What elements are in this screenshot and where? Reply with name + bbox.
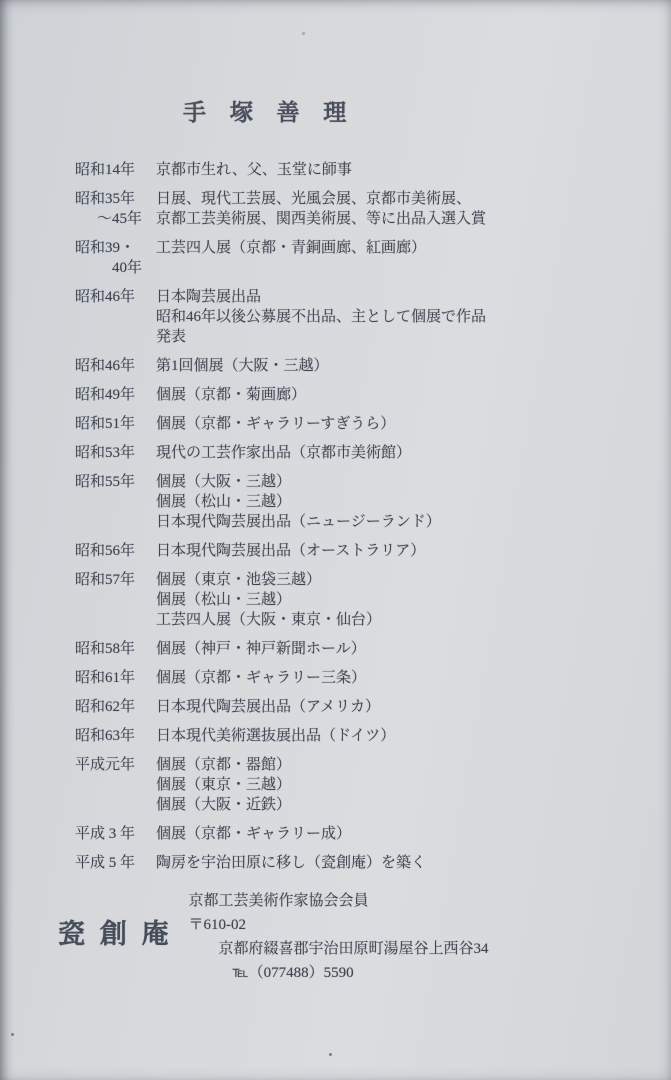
chronology-entry: 昭和62年 日本現代陶芸展出品（アメリカ） — [75, 697, 671, 717]
chronology-entry: 昭和51年 個展（京都・ギャラリーすぎうら） — [75, 414, 671, 434]
entry-description-line: 昭和46年以後公募展不出品、主として個展で作品 — [156, 307, 486, 327]
entry-year: 昭和46年 — [75, 289, 135, 305]
entry-description-line: 個展（京都・ギャラリー三条） — [156, 668, 366, 688]
entry-year: 昭和55年 — [75, 474, 135, 490]
entry-content: 日本現代陶芸展出品（オーストラリア） — [156, 541, 425, 561]
entry-year-column: 平成 5 年 — [75, 853, 142, 873]
entry-year: 平成元年 — [75, 757, 135, 773]
scanned-document-page: 手 塚 善 理 昭和14年 京都市生れ、父、玉堂に師事 昭和35年 〜45年 日… — [0, 0, 671, 1080]
address: 京都府綴喜郡宇治田原町湯屋谷上西谷34 — [189, 937, 489, 961]
entry-year: 昭和56年 — [75, 543, 135, 559]
chronology-entry: 平成元年 個展（京都・器館）個展（東京・三越）個展（大阪・近鉄） — [75, 755, 671, 815]
telephone: ℡（077488）5590 — [189, 961, 489, 985]
entry-description-line: 個展（大阪・近鉄） — [156, 795, 291, 815]
entry-year-column: 昭和56年 — [75, 541, 142, 561]
entry-year-column: 平成元年 — [75, 755, 142, 775]
chronology-entry: 昭和57年 個展（東京・池袋三越）個展（松山・三越）工芸四人展（大阪・東京・仙台… — [75, 570, 671, 630]
entry-content: 個展（京都・菊画廊） — [156, 385, 306, 405]
entry-content: 個展（京都・ギャラリー成） — [156, 824, 351, 844]
chronology-entry: 昭和39・ 40年 工芸四人展（京都・青銅画廊、紅画廊） — [75, 238, 671, 278]
entry-description-line: 京都市生れ、父、玉堂に師事 — [156, 160, 352, 180]
entry-description-line: 個展（京都・ギャラリーすぎうら） — [156, 414, 395, 434]
entry-year-column: 昭和51年 — [75, 414, 142, 434]
studio-contact-block: 京都工芸美術作家協会会員 〒610-02 京都府綴喜郡宇治田原町湯屋谷上西谷34… — [189, 889, 489, 985]
entry-content: 現代の工芸作家出品（京都市美術館） — [156, 443, 411, 463]
entry-description-line: 個展（神戸・神戸新聞ホール） — [156, 639, 366, 659]
chronology-entry: 昭和61年 個展（京都・ギャラリー三条） — [75, 668, 671, 688]
entry-year-column: 昭和46年 — [75, 287, 142, 307]
entry-year-column: 昭和63年 — [75, 726, 142, 746]
entry-content: 個展（京都・器館）個展（東京・三越）個展（大阪・近鉄） — [156, 755, 291, 815]
entry-year-second: 〜45年 — [75, 209, 142, 229]
entry-content: 個展（京都・ギャラリー三条） — [156, 668, 366, 688]
entry-content: 日本現代陶芸展出品（アメリカ） — [156, 697, 380, 717]
entry-content: 日本現代美術選抜展出品（ドイツ） — [156, 726, 395, 746]
entry-year: 昭和39・ — [75, 240, 135, 256]
entry-content: 京都市生れ、父、玉堂に師事 — [156, 160, 352, 180]
entry-year: 昭和49年 — [75, 387, 135, 403]
entry-year: 平成 5 年 — [75, 855, 135, 871]
chronology-entry: 昭和58年 個展（神戸・神戸新聞ホール） — [75, 639, 671, 659]
entry-year: 昭和61年 — [75, 670, 135, 686]
entry-year-column: 平成 3 年 — [75, 824, 142, 844]
entry-description-line: 工芸四人展（大阪・東京・仙台） — [156, 610, 381, 630]
entry-year-second: 40年 — [75, 258, 142, 278]
entry-description-line: 日本現代陶芸展出品（ニュージーランド） — [156, 512, 441, 532]
entry-content: 日展、現代工芸展、光風会展、京都市美術展、京都工芸美術展、関西美術展、等に出品入… — [156, 189, 486, 229]
chronology-entry: 昭和14年 京都市生れ、父、玉堂に師事 — [75, 160, 671, 180]
entry-year-column: 昭和55年 — [75, 472, 142, 492]
entry-description-line: 個展（大阪・三越） — [156, 472, 441, 492]
chronology-entry: 昭和53年 現代の工芸作家出品（京都市美術館） — [75, 443, 671, 463]
studio-name: 瓷 創 庵 — [58, 912, 173, 951]
entry-year-column: 昭和53年 — [75, 443, 142, 463]
chronology-entry: 昭和35年 〜45年 日展、現代工芸展、光風会展、京都市美術展、京都工芸美術展、… — [75, 189, 671, 229]
entry-year-column: 昭和61年 — [75, 668, 142, 688]
entry-year-column: 昭和58年 — [75, 639, 142, 659]
artist-name-title: 手 塚 善 理 — [183, 0, 671, 127]
entry-year: 昭和62年 — [75, 699, 135, 715]
entry-year: 昭和51年 — [75, 416, 135, 432]
entry-description-line: 個展（京都・菊画廊） — [156, 385, 306, 405]
paper-speck — [11, 1033, 14, 1036]
entry-description-line: 陶房を宇治田原に移し（瓷創庵）を築く — [156, 853, 426, 873]
paper-speck — [302, 32, 305, 35]
entry-year: 昭和35年 — [75, 191, 135, 207]
chronology-list: 昭和14年 京都市生れ、父、玉堂に師事 昭和35年 〜45年 日展、現代工芸展、… — [75, 160, 671, 873]
entry-description-line: 第1回個展（大阪・三越） — [156, 356, 329, 376]
entry-year: 昭和63年 — [75, 728, 135, 744]
entry-content: 陶房を宇治田原に移し（瓷創庵）を築く — [156, 853, 426, 873]
entry-description-line: 日本現代陶芸展出品（オーストラリア） — [156, 541, 425, 561]
entry-description-line: 現代の工芸作家出品（京都市美術館） — [156, 443, 411, 463]
entry-year-column: 昭和39・ 40年 — [75, 238, 142, 278]
entry-content: 個展（神戸・神戸新聞ホール） — [156, 639, 366, 659]
entry-description-line: 工芸四人展（京都・青銅画廊、紅画廊） — [156, 238, 426, 258]
studio-footer: 瓷 創 庵 京都工芸美術作家協会会員 〒610-02 京都府綴喜郡宇治田原町湯屋… — [58, 889, 671, 985]
entry-content: 第1回個展（大阪・三越） — [156, 356, 329, 376]
chronology-entry: 昭和56年 日本現代陶芸展出品（オーストラリア） — [75, 541, 671, 561]
paper-speck — [329, 1053, 332, 1056]
entry-description-line: 個展（京都・ギャラリー成） — [156, 824, 351, 844]
entry-year: 昭和58年 — [75, 641, 135, 657]
entry-content: 個展（京都・ギャラリーすぎうら） — [156, 414, 395, 434]
chronology-entry: 昭和55年 個展（大阪・三越）個展（松山・三越）日本現代陶芸展出品（ニュージーラ… — [75, 472, 671, 532]
entry-description-line: 日本現代陶芸展出品（アメリカ） — [156, 697, 380, 717]
entry-content: 個展（東京・池袋三越）個展（松山・三越）工芸四人展（大阪・東京・仙台） — [156, 570, 381, 630]
entry-description-line: 発表 — [156, 327, 486, 347]
entry-description-line: 日本陶芸展出品 — [156, 287, 486, 307]
chronology-entry: 昭和49年 個展（京都・菊画廊） — [75, 385, 671, 405]
entry-description-line: 個展（松山・三越） — [156, 492, 441, 512]
entry-year-column: 昭和35年 〜45年 — [75, 189, 142, 229]
entry-description-line: 日本現代美術選抜展出品（ドイツ） — [156, 726, 395, 746]
entry-content: 工芸四人展（京都・青銅画廊、紅画廊） — [156, 238, 426, 258]
entry-description-line: 個展（東京・三越） — [156, 775, 291, 795]
chronology-entry: 昭和46年 日本陶芸展出品昭和46年以後公募展不出品、主として個展で作品発表 — [75, 287, 671, 347]
entry-year-column: 昭和62年 — [75, 697, 142, 717]
chronology-entry: 昭和63年 日本現代美術選抜展出品（ドイツ） — [75, 726, 671, 746]
entry-description-line: 日展、現代工芸展、光風会展、京都市美術展、 — [156, 189, 486, 209]
entry-year-column: 昭和49年 — [75, 385, 142, 405]
entry-year: 昭和46年 — [75, 358, 135, 374]
entry-content: 日本陶芸展出品昭和46年以後公募展不出品、主として個展で作品発表 — [156, 287, 486, 347]
entry-content: 個展（大阪・三越）個展（松山・三越）日本現代陶芸展出品（ニュージーランド） — [156, 472, 441, 532]
entry-year: 昭和57年 — [75, 572, 135, 588]
entry-description-line: 個展（東京・池袋三越） — [156, 570, 381, 590]
chronology-entry: 昭和46年 第1回個展（大阪・三越） — [75, 356, 671, 376]
chronology-entry: 平成 3 年 個展（京都・ギャラリー成） — [75, 824, 671, 844]
entry-year: 昭和14年 — [75, 162, 135, 178]
entry-year: 平成 3 年 — [75, 826, 135, 842]
entry-year-column: 昭和57年 — [75, 570, 142, 590]
entry-year: 昭和53年 — [75, 445, 135, 461]
entry-year-column: 昭和46年 — [75, 356, 142, 376]
association-membership: 京都工芸美術作家協会会員 — [189, 889, 489, 913]
entry-year-column: 昭和14年 — [75, 160, 142, 180]
entry-description-line: 京都工芸美術展、関西美術展、等に出品入選入賞 — [156, 209, 486, 229]
entry-description-line: 個展（京都・器館） — [156, 755, 291, 775]
postal-code: 〒610-02 — [189, 913, 489, 937]
entry-description-line: 個展（松山・三越） — [156, 590, 381, 610]
chronology-entry: 平成 5 年 陶房を宇治田原に移し（瓷創庵）を築く — [75, 853, 671, 873]
